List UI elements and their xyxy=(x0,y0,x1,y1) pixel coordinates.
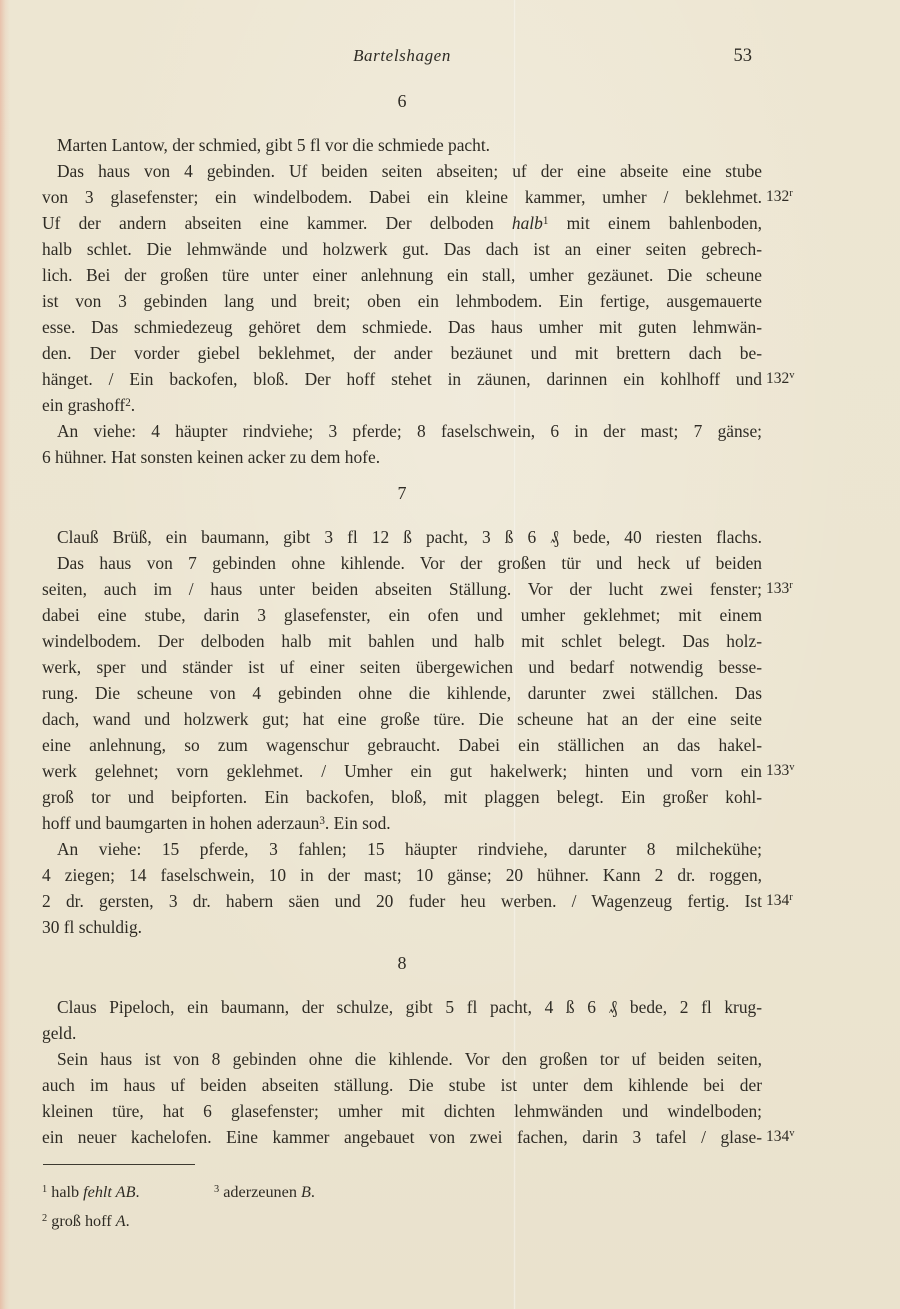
folio-recto-verso: v xyxy=(789,370,794,381)
text-segment: werk gelehnet; vorn geklehmet. / Umher e… xyxy=(42,761,762,781)
text-line: 6 hühner. Hat sonsten keinen acker zu de… xyxy=(42,444,762,470)
text-line: ein neuer kachelofen. Eine kammer angeba… xyxy=(42,1124,762,1150)
text-segment: aderzeunen xyxy=(219,1183,301,1201)
text-segment: An viehe: 4 häupter rindviehe; 3 pferde;… xyxy=(57,421,762,441)
text-segment: . Ein sod. xyxy=(325,813,391,833)
text-segment: halb schlet. Die lehmwände und holzwerk … xyxy=(42,239,762,259)
text-line: dabei eine stube, darin 3 glasefenster, … xyxy=(42,602,762,628)
text-segment: auch im haus uf beiden abseiten ställung… xyxy=(42,1075,762,1095)
text-line: den. Der vorder giebel beklehmet, der an… xyxy=(42,340,762,366)
text-segment: Clauß Brüß, ein baumann, gibt 3 fl 12 ß … xyxy=(57,527,762,547)
text-line: werk gelehnet; vorn geklehmet. / Umher e… xyxy=(42,758,762,784)
text-segment: A xyxy=(116,1212,126,1230)
text-segment: Das haus von 4 gebinden. Uf beiden seite… xyxy=(57,161,762,181)
text-segment: fehlt AB xyxy=(83,1183,135,1201)
footnote-rule xyxy=(43,1164,195,1165)
footnote-ref: 3 xyxy=(214,1184,219,1195)
text-line: hänget. / Ein backofen, bloß. Der hoff s… xyxy=(42,366,762,392)
folio-recto-verso: r xyxy=(789,188,793,199)
text-segment: 2 dr. gersten, 3 dr. habern säen und 20 … xyxy=(42,891,762,911)
text-line: 2 dr. gersten, 3 dr. habern säen und 20 … xyxy=(42,888,762,914)
text-segment: groß tor und beipforten. Ein backofen, b… xyxy=(42,787,762,807)
footnote-rows: 1 halb fehlt AB.3 aderzeunen B.2 groß ho… xyxy=(42,1178,762,1236)
text-segment: werk, sper und ständer ist uf einer seit… xyxy=(42,657,762,677)
text-line: werk, sper und ständer ist uf einer seit… xyxy=(42,654,762,680)
text-segment: Uf der andern abseiten eine kammer. Der … xyxy=(42,213,512,233)
section-number: 7 xyxy=(42,482,762,504)
footnote-ref: 1 xyxy=(42,1184,47,1195)
text-segment: seiten, auch im / haus unter beiden abse… xyxy=(42,579,762,599)
text-segment: halb xyxy=(47,1183,83,1201)
text-segment: Sein haus ist von 8 gebinden ohne die ki… xyxy=(57,1049,762,1069)
text-line: ist von 3 gebinden lang und breit; oben … xyxy=(42,288,762,314)
text-segment: eine anlehnung, so zum wagenschur gebrau… xyxy=(42,735,762,755)
text-line: An viehe: 15 pferde, 3 fahlen; 15 häupte… xyxy=(42,836,762,862)
text-line: esse. Das schmiedezeug gehöret dem schmi… xyxy=(42,314,762,340)
text-segment: dach, wand und holzwerk gut; hat eine gr… xyxy=(42,709,762,729)
text-line: groß tor und beipforten. Ein backofen, b… xyxy=(42,784,762,810)
footnote-ref: 2 xyxy=(125,397,131,409)
text-line: An viehe: 4 häupter rindviehe; 3 pferde;… xyxy=(42,418,762,444)
folio-number: 133v xyxy=(766,758,795,784)
text-segment: halb xyxy=(512,213,543,233)
text-segment: ist von 3 gebinden lang und breit; oben … xyxy=(42,291,762,311)
text-segment: Marten Lantow, der schmied, gibt 5 fl vo… xyxy=(57,135,490,155)
footnote: 2 groß hoff A. xyxy=(42,1207,214,1236)
text-line: lich. Bei der großen türe unter einer an… xyxy=(42,262,762,288)
text-segment: kleinen türe, hat 6 glasefenster; umher … xyxy=(42,1101,762,1121)
running-title: Bartelshagen xyxy=(42,44,762,68)
text-line: rung. Die scheune von 4 gebinden ohne di… xyxy=(42,680,762,706)
text-segment: . xyxy=(126,1212,130,1230)
folio-number: 132r xyxy=(766,184,793,210)
text-segment: mit einem bahlenboden, xyxy=(548,213,762,233)
text-line: Uf der andern abseiten eine kammer. Der … xyxy=(42,210,762,236)
folio-number: 134r xyxy=(766,888,793,914)
text-line: Clauß Brüß, ein baumann, gibt 3 fl 12 ß … xyxy=(42,524,762,550)
text-line: hoff und baumgarten in hohen aderzaun3. … xyxy=(42,810,762,836)
text-segment: hänget. / Ein backofen, bloß. Der hoff s… xyxy=(42,369,762,389)
text-segment: ein grashoff xyxy=(42,395,125,415)
page-header: Bartelshagen 53 xyxy=(42,44,762,68)
text-segment: dabei eine stube, darin 3 glasefenster, … xyxy=(42,605,762,625)
text-segment: hoff und baumgarten in hohen aderzaun xyxy=(42,813,319,833)
text-segment: den. Der vorder giebel beklehmet, der an… xyxy=(42,343,762,363)
text-segment: An viehe: 15 pferde, 3 fahlen; 15 häupte… xyxy=(57,839,762,859)
text-segment: Das haus von 7 gebinden ohne kihlende. V… xyxy=(57,553,762,573)
folio-recto-verso: r xyxy=(789,892,793,903)
text-segment: von 3 glasefenster; ein windelbodem. Dab… xyxy=(42,187,762,207)
text-line: seiten, auch im / haus unter beiden abse… xyxy=(42,576,762,602)
text-line: 4 ziegen; 14 faselschwein, 10 in der mas… xyxy=(42,862,762,888)
section-number: 8 xyxy=(42,952,762,974)
text-segment: rung. Die scheune von 4 gebinden ohne di… xyxy=(42,683,762,703)
footnote-row: 1 halb fehlt AB.3 aderzeunen B. xyxy=(42,1178,762,1207)
folio-number: 133r xyxy=(766,576,793,602)
text-segment: 30 fl schuldig. xyxy=(42,917,142,937)
text-segment: 4 ziegen; 14 faselschwein, 10 in der mas… xyxy=(42,865,762,885)
text-line: Das haus von 7 gebinden ohne kihlende. V… xyxy=(42,550,762,576)
text-segment: esse. Das schmiedezeug gehöret dem schmi… xyxy=(42,317,762,337)
text-segment: groß hoff xyxy=(47,1212,116,1230)
footnote-row: 2 groß hoff A. xyxy=(42,1207,762,1236)
text-line: kleinen türe, hat 6 glasefenster; umher … xyxy=(42,1098,762,1124)
text-line: Sein haus ist von 8 gebinden ohne die ki… xyxy=(42,1046,762,1072)
footnote: 3 aderzeunen B. xyxy=(214,1178,315,1207)
text-line: eine anlehnung, so zum wagenschur gebrau… xyxy=(42,732,762,758)
text-segment: geld. xyxy=(42,1023,76,1043)
text-line: dach, wand und holzwerk gut; hat eine gr… xyxy=(42,706,762,732)
text-line: geld. xyxy=(42,1020,762,1046)
text-block: Bartelshagen 53 6Marten Lantow, der schm… xyxy=(42,44,762,1236)
text-line: ein grashoff2. xyxy=(42,392,762,418)
footnote-ref: 2 xyxy=(42,1213,47,1224)
text-segment: 6 hühner. Hat sonsten keinen acker zu de… xyxy=(42,447,380,467)
text-line: windelbodem. Der delboden halb mit bahle… xyxy=(42,628,762,654)
text-segment: . xyxy=(311,1183,315,1201)
text-line: halb schlet. Die lehmwände und holzwerk … xyxy=(42,236,762,262)
text-line: Das haus von 4 gebinden. Uf beiden seite… xyxy=(42,158,762,184)
footnote-ref: 1 xyxy=(543,215,549,227)
footnotes: 1 halb fehlt AB.3 aderzeunen B.2 groß ho… xyxy=(42,1164,762,1236)
scanned-book-page: Bartelshagen 53 6Marten Lantow, der schm… xyxy=(0,0,900,1309)
footnote: 1 halb fehlt AB. xyxy=(42,1178,214,1207)
page-number: 53 xyxy=(734,44,753,68)
text-segment: lich. Bei der großen türe unter einer an… xyxy=(42,265,762,285)
sections-container: 6Marten Lantow, der schmied, gibt 5 fl v… xyxy=(42,90,762,1150)
text-line: Claus Pipeloch, ein baumann, der schulze… xyxy=(42,994,762,1020)
folio-recto-verso: v xyxy=(789,762,794,773)
footnote-ref: 3 xyxy=(319,815,325,827)
text-segment: . xyxy=(131,395,135,415)
folio-number: 132v xyxy=(766,366,795,392)
text-segment: B xyxy=(301,1183,311,1201)
text-line: Marten Lantow, der schmied, gibt 5 fl vo… xyxy=(42,132,762,158)
text-segment: . xyxy=(135,1183,139,1201)
text-line: auch im haus uf beiden abseiten ställung… xyxy=(42,1072,762,1098)
section-number: 6 xyxy=(42,90,762,112)
page-left-edge xyxy=(0,0,10,1309)
folio-number: 134v xyxy=(766,1124,795,1150)
text-segment: ein neuer kachelofen. Eine kammer angeba… xyxy=(42,1127,762,1147)
folio-recto-verso: v xyxy=(789,1128,794,1139)
text-line: von 3 glasefenster; ein windelbodem. Dab… xyxy=(42,184,762,210)
folio-recto-verso: r xyxy=(789,580,793,591)
text-segment: windelbodem. Der delboden halb mit bahle… xyxy=(42,631,762,651)
text-line: 30 fl schuldig. xyxy=(42,914,762,940)
text-segment: Claus Pipeloch, ein baumann, der schulze… xyxy=(57,997,762,1017)
